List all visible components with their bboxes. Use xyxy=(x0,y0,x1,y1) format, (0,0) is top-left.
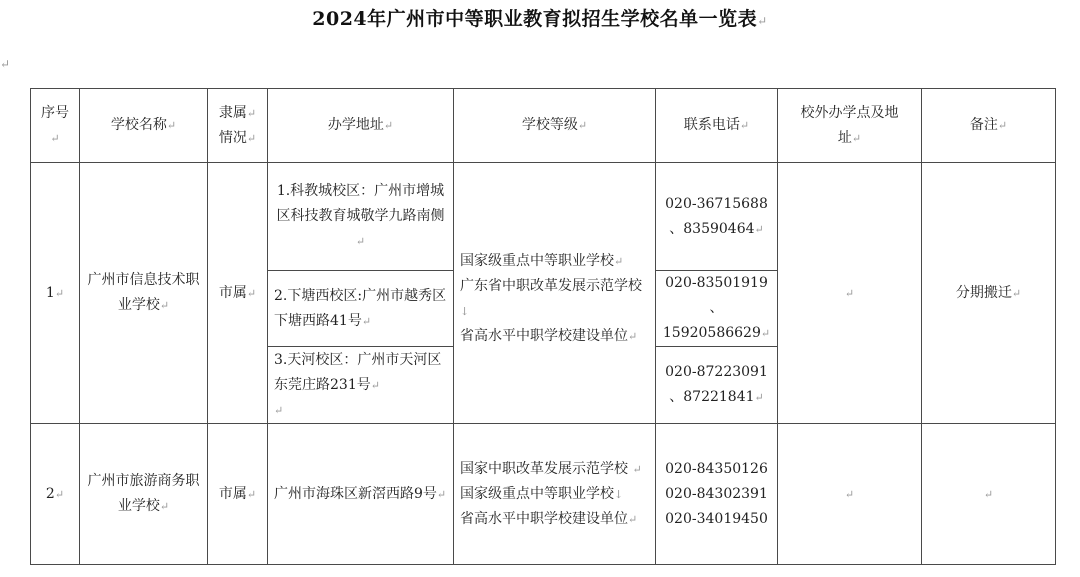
header-offsite: 校外办学点及地址↵ xyxy=(778,89,922,163)
cell-affiliation: 市属↵ xyxy=(208,424,268,565)
cell-address-campus-2: 2.下塘西校区:广州市越秀区下塘西路41号↵ xyxy=(268,271,454,347)
paragraph-mark-icon: ↵ xyxy=(757,14,768,28)
cell-address: 广州市海珠区新滘西路9号↵ xyxy=(268,424,454,565)
table-row: 1↵ 广州市信息技术职业学校↵ 市属↵ 1.科教城校区：广州市增城区科技教育城敬… xyxy=(31,163,1056,271)
cell-remarks: ↵ xyxy=(922,424,1056,565)
cell-address-campus-1: 1.科教城校区：广州市增城区科技教育城敬学九路南侧↵ xyxy=(268,163,454,271)
cell-phone: 020-84350126 020-84302391 020-34019450 xyxy=(656,424,778,565)
cell-level: 国家中职改革发展示范学校 ↵ 国家级重点中等职业学校↓ 省高水平中职学校建设单位… xyxy=(454,424,656,565)
cell-offsite: ↵ xyxy=(778,424,922,565)
document-title: 2024年广州市中等职业教育拟招生学校名单一览表↵ xyxy=(0,4,1080,31)
cell-index: 1↵ xyxy=(31,163,80,424)
cell-school-name: 广州市旅游商务职业学校↵ xyxy=(80,424,208,565)
cell-phone-campus-3: 020-87223091、87221841↵ xyxy=(656,347,778,424)
cell-offsite: ↵ xyxy=(778,163,922,424)
header-remarks: 备注↵ xyxy=(922,89,1056,163)
cell-remarks: 分期搬迁↵ xyxy=(922,163,1056,424)
cell-school-name: 广州市信息技术职业学校↵ xyxy=(80,163,208,424)
cell-address-campus-3: 3.天河校区：广州市天河区东莞庄路231号↵↵ xyxy=(268,347,454,424)
cell-index: 2↵ xyxy=(31,424,80,565)
cell-phone-campus-1: 020-36715688、83590464↵ xyxy=(656,163,778,271)
cell-affiliation: 市属↵ xyxy=(208,163,268,424)
cell-level: 国家级重点中等职业学校↵ 广东省中职改革发展示范学校↓ 省高水平中职学校建设单位… xyxy=(454,163,656,424)
table-header-row: 序号↵ 学校名称↵ 隶属↵情况↵ 办学地址↵ 学校等级↵ 联系电话↵ 校外办学点… xyxy=(31,89,1056,163)
header-address: 办学地址↵ xyxy=(268,89,454,163)
table-row: 2↵ 广州市旅游商务职业学校↵ 市属↵ 广州市海珠区新滘西路9号↵ 国家中职改革… xyxy=(31,424,1056,565)
header-level: 学校等级↵ xyxy=(454,89,656,163)
header-index: 序号↵ xyxy=(31,89,80,163)
document-title-text: 2024年广州市中等职业教育拟招生学校名单一览表 xyxy=(312,8,757,30)
header-affiliation: 隶属↵情况↵ xyxy=(208,89,268,163)
cell-phone-campus-2: 020-83501919、15920586629↵ xyxy=(656,271,778,347)
header-phone: 联系电话↵ xyxy=(656,89,778,163)
school-list-table: 序号↵ 学校名称↵ 隶属↵情况↵ 办学地址↵ 学校等级↵ 联系电话↵ 校外办学点… xyxy=(30,88,1056,565)
paragraph-mark-icon: ↵ xyxy=(0,57,10,71)
header-school-name: 学校名称↵ xyxy=(80,89,208,163)
